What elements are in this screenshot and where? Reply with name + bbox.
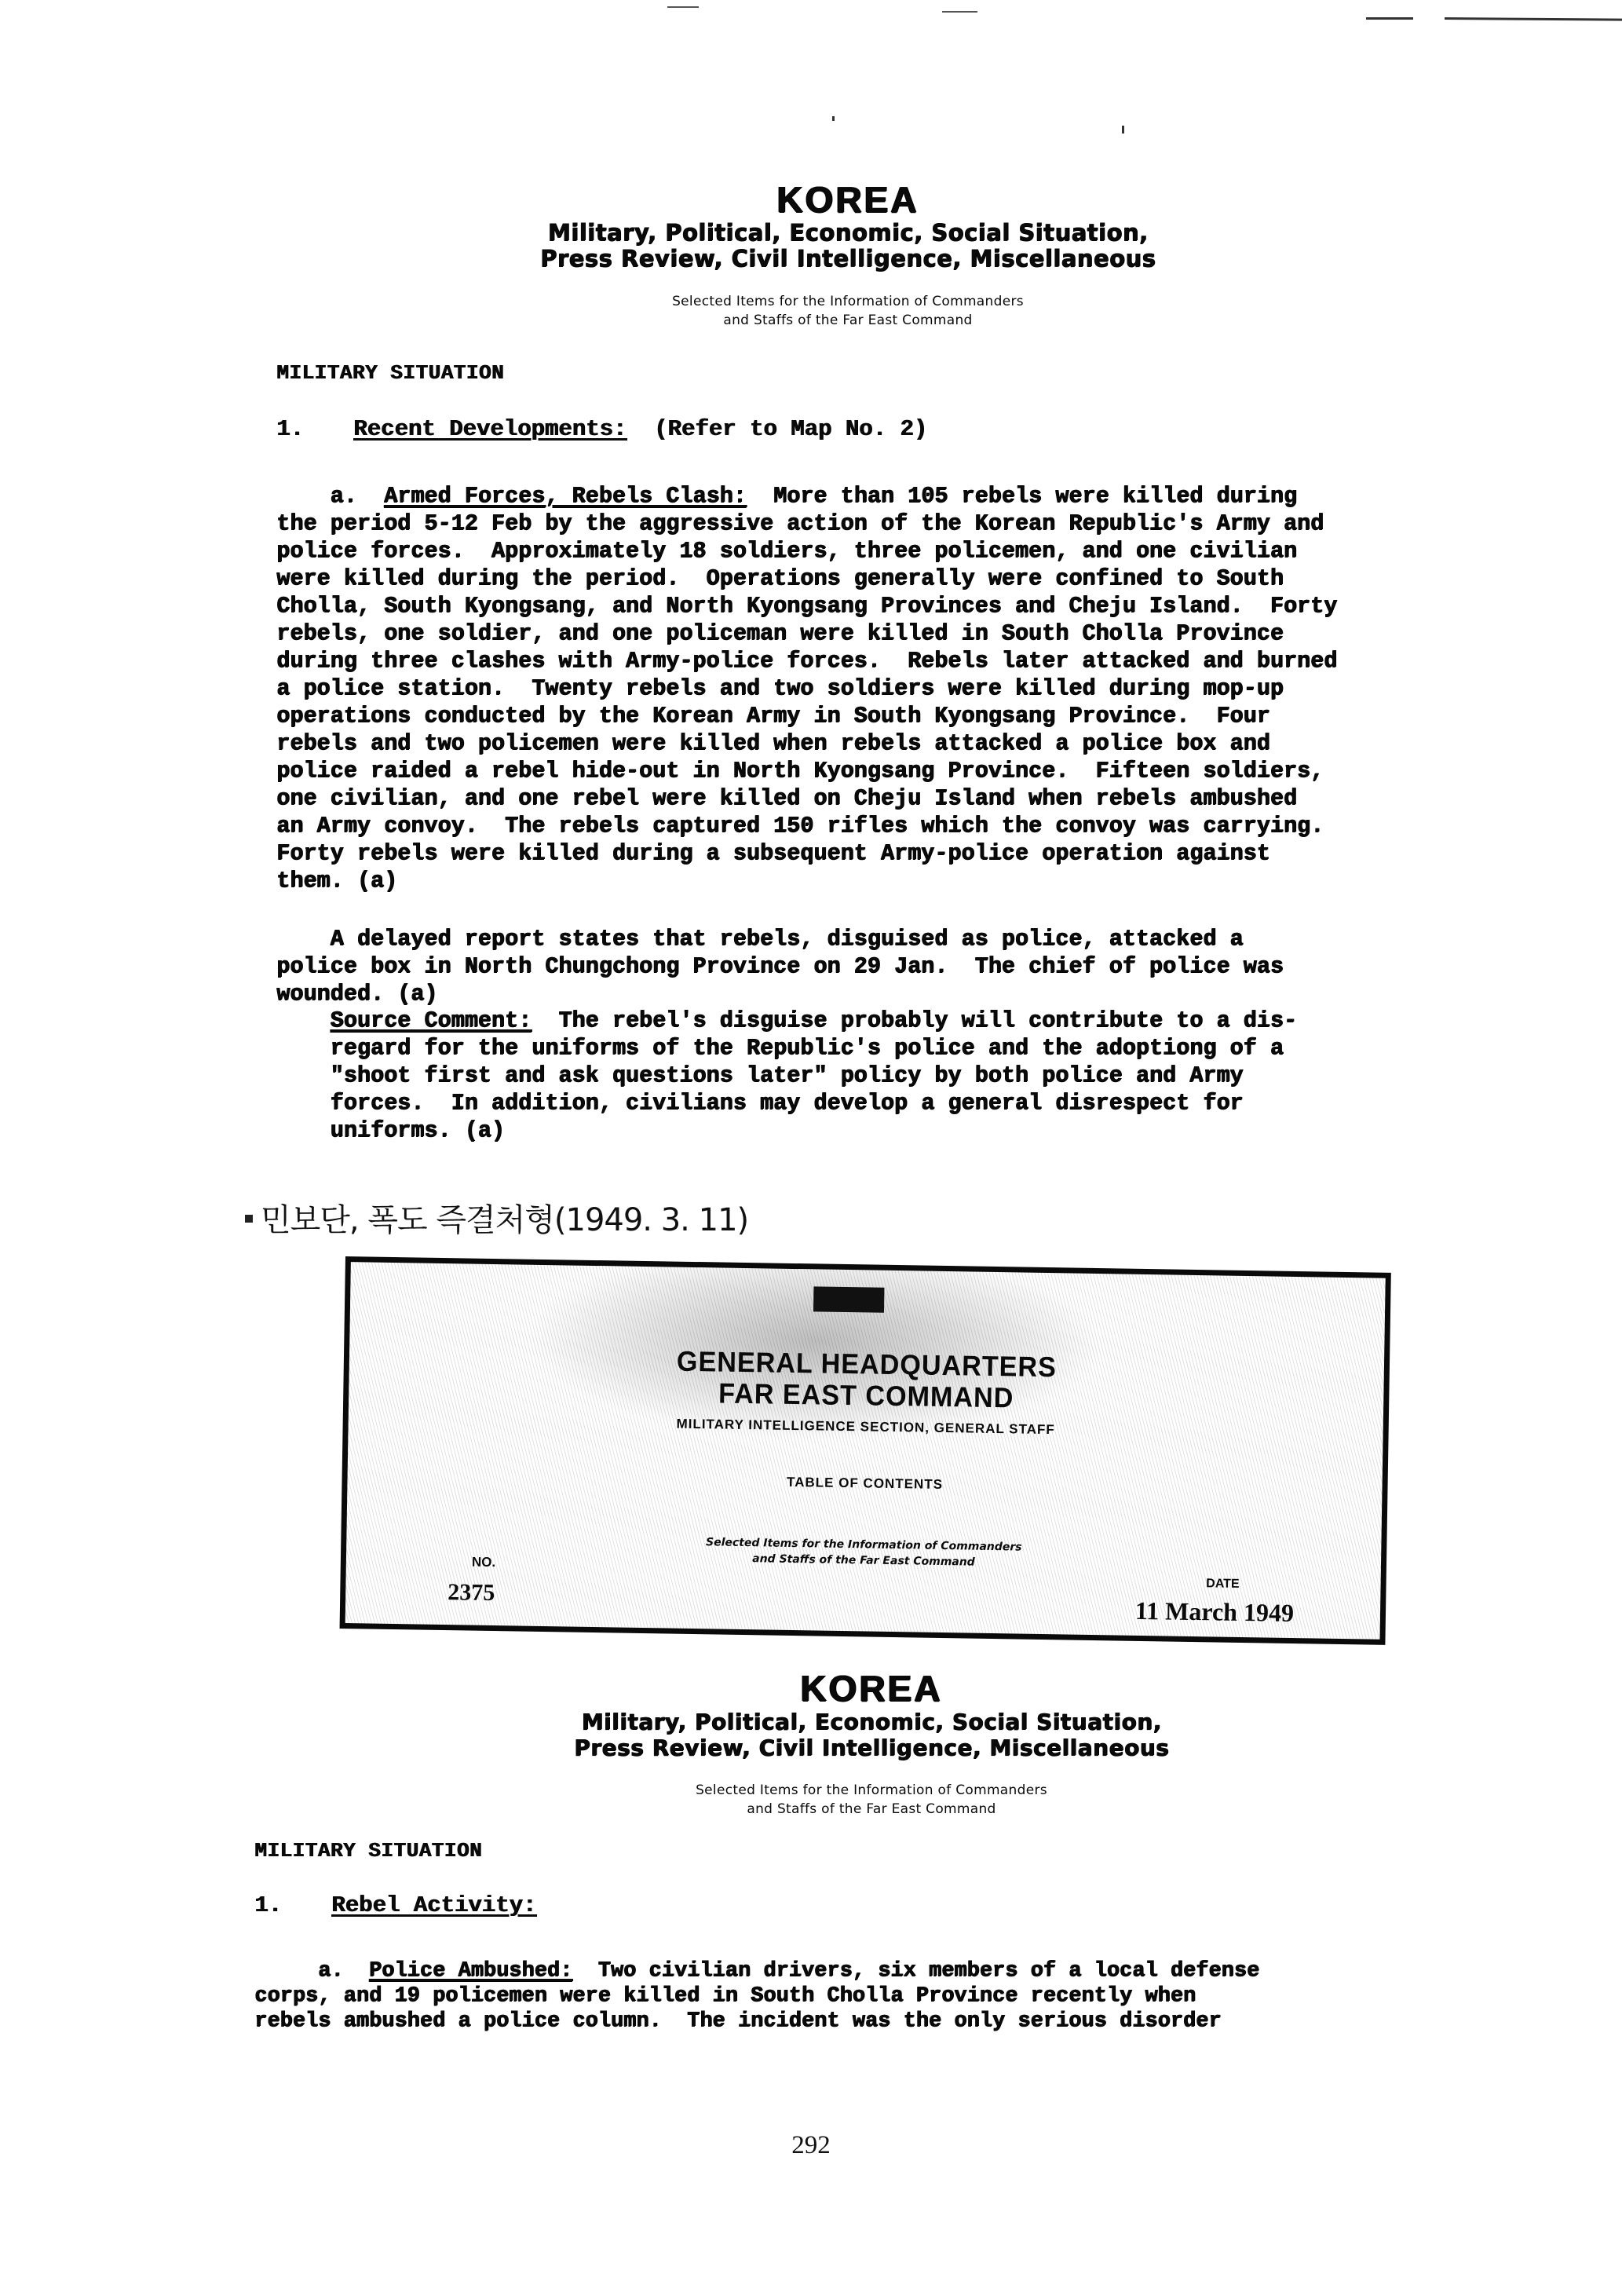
paragraph-line: them. (a) [276, 868, 397, 894]
ghq-title: GENERAL HEADQUARTERS FAR EAST COMMAND [374, 1341, 1358, 1420]
paragraph-line: uniforms. (a) [330, 1117, 504, 1143]
paragraph-line: rebels and two policemen were killed whe… [276, 730, 1270, 756]
paragraph-line: "shoot first and ask questions later" po… [330, 1062, 1243, 1088]
selected-items-note-line-1: Selected Items for the Information of Co… [440, 292, 1256, 311]
item-title: Recent Developments: [353, 416, 627, 442]
report-subtitle-line-1: Military, Political, Economic, Social Si… [440, 220, 1256, 246]
scan-artifact [667, 6, 699, 8]
paragraph-line: More than 105 rebels were killed during [773, 483, 1297, 509]
section-heading: MILITARY SITUATION [254, 1839, 482, 1863]
korean-caption-text: 민보단, 폭도 즉결처형(1949. 3. 11) [261, 1202, 748, 1238]
scan-artifact [942, 11, 977, 13]
item-title: Rebel Activity: [331, 1892, 536, 1918]
paragraph-line: rebels, one soldier, and one policeman w… [276, 620, 1284, 646]
korean-caption: 민보단, 폭도 즉결처형(1949. 3. 11) [245, 1195, 748, 1240]
page-number: 292 [0, 2131, 1622, 2160]
redaction-stamp [813, 1286, 884, 1312]
report-header-2: KOREA Military, Political, Economic, Soc… [534, 1668, 1209, 1819]
issue-number-value: 2375 [448, 1579, 495, 1607]
selected-items-note-line-2: and Staffs of the Far East Command [534, 1800, 1209, 1819]
section-heading: MILITARY SITUATION [276, 361, 504, 385]
item-number: 1. [276, 416, 353, 442]
paragraph-line: police forces. Approximately 18 soldiers… [276, 538, 1297, 564]
date-label: DATE [1206, 1577, 1240, 1592]
scan-artifact [1122, 126, 1124, 133]
paragraph-line: corps, and 19 policemen were killed in S… [254, 1984, 1196, 2008]
paragraph-label: a. [318, 1959, 343, 1983]
paragraph-line: police raided a rebel hide-out in North … [276, 758, 1324, 784]
paragraph-police-ambushed: a. Police Ambushed: Two civilian drivers… [254, 1958, 1259, 2034]
paragraph-line: Cholla, South Kyongsang, and North Kyong… [276, 593, 1337, 619]
paragraph-title: Armed Forces, Rebels Clash: [384, 483, 747, 509]
paragraph-line: operations conducted by the Korean Army … [276, 703, 1270, 729]
item-heading: 1.Rebel Activity: [254, 1892, 536, 1918]
paragraph-line: forces. In addition, civilians may devel… [330, 1090, 1243, 1116]
paragraph-line: one civilian, and one rebel were killed … [276, 785, 1297, 811]
report-subtitle-line-2: Press Review, Civil Intelligence, Miscel… [534, 1735, 1209, 1760]
report-title: KOREA [440, 179, 1256, 220]
document-page: KOREA Military, Political, Economic, Soc… [0, 0, 1622, 2296]
paragraph-line: The rebel's disguise probably will contr… [558, 1007, 1297, 1033]
paragraph-line: an Army convoy. The rebels captured 150 … [276, 813, 1324, 839]
paragraph-line: were killed during the period. Operation… [276, 565, 1284, 591]
paragraph-line: Two civilian drivers, six members of a l… [597, 1959, 1259, 1983]
ghq-cover-box: GENERAL HEADQUARTERS FAR EAST COMMAND MI… [340, 1256, 1391, 1645]
paragraph-line: rebels ambushed a police column. The inc… [254, 2009, 1221, 2033]
ghq-table-of-contents: TABLE OF CONTENTS [347, 1468, 1382, 1500]
paragraph-source-comment: Source Comment: The rebel's disguise pro… [276, 1007, 1297, 1144]
scan-artifact [1445, 17, 1622, 21]
report-header-1: KOREA Military, Political, Economic, Soc… [440, 179, 1256, 330]
issue-number-label: NO. [472, 1555, 496, 1570]
item-heading: 1.Recent Developments: (Refer to Map No.… [276, 416, 927, 442]
source-comment-label: Source Comment: [330, 1007, 532, 1033]
date-value: 11 March 1949 [1135, 1596, 1295, 1628]
scan-artifact [832, 116, 835, 121]
ghq-selected-note: Selected Items for the Information of Co… [346, 1529, 1381, 1577]
paragraph-line: the period 5-12 Feb by the aggressive ac… [276, 510, 1324, 536]
paragraph-armed-forces: a. Armed Forces, Rebels Clash: More than… [276, 482, 1337, 894]
paragraph-label: a. [330, 483, 356, 509]
paragraph-line: wounded. (a) [276, 981, 437, 1007]
item-reference: (Refer to Map No. 2) [654, 416, 927, 442]
paragraph-line: regard for the uniforms of the Republic'… [330, 1035, 1283, 1061]
paragraph-line: Forty rebels were killed during a subseq… [276, 840, 1270, 866]
paragraph-line: police box in North Chungchong Province … [276, 953, 1284, 979]
item-number: 1. [254, 1892, 331, 1918]
paragraph-delayed-report: A delayed report states that rebels, dis… [276, 925, 1284, 1007]
report-title: KOREA [534, 1668, 1209, 1709]
paragraph-line: a police station. Twenty rebels and two … [276, 675, 1284, 701]
report-subtitle-line-1: Military, Political, Economic, Social Si… [534, 1709, 1209, 1735]
scan-artifact [1366, 17, 1413, 20]
bullet-icon [245, 1215, 253, 1223]
selected-items-note-line-1: Selected Items for the Information of Co… [534, 1781, 1209, 1800]
paragraph-line: A delayed report states that rebels, dis… [276, 926, 1243, 952]
paragraph-title: Police Ambushed: [369, 1959, 572, 1983]
report-subtitle-line-2: Press Review, Civil Intelligence, Miscel… [440, 246, 1256, 272]
paragraph-line: during three clashes with Army-police fo… [276, 648, 1337, 674]
selected-items-note-line-2: and Staffs of the Far East Command [440, 311, 1256, 330]
